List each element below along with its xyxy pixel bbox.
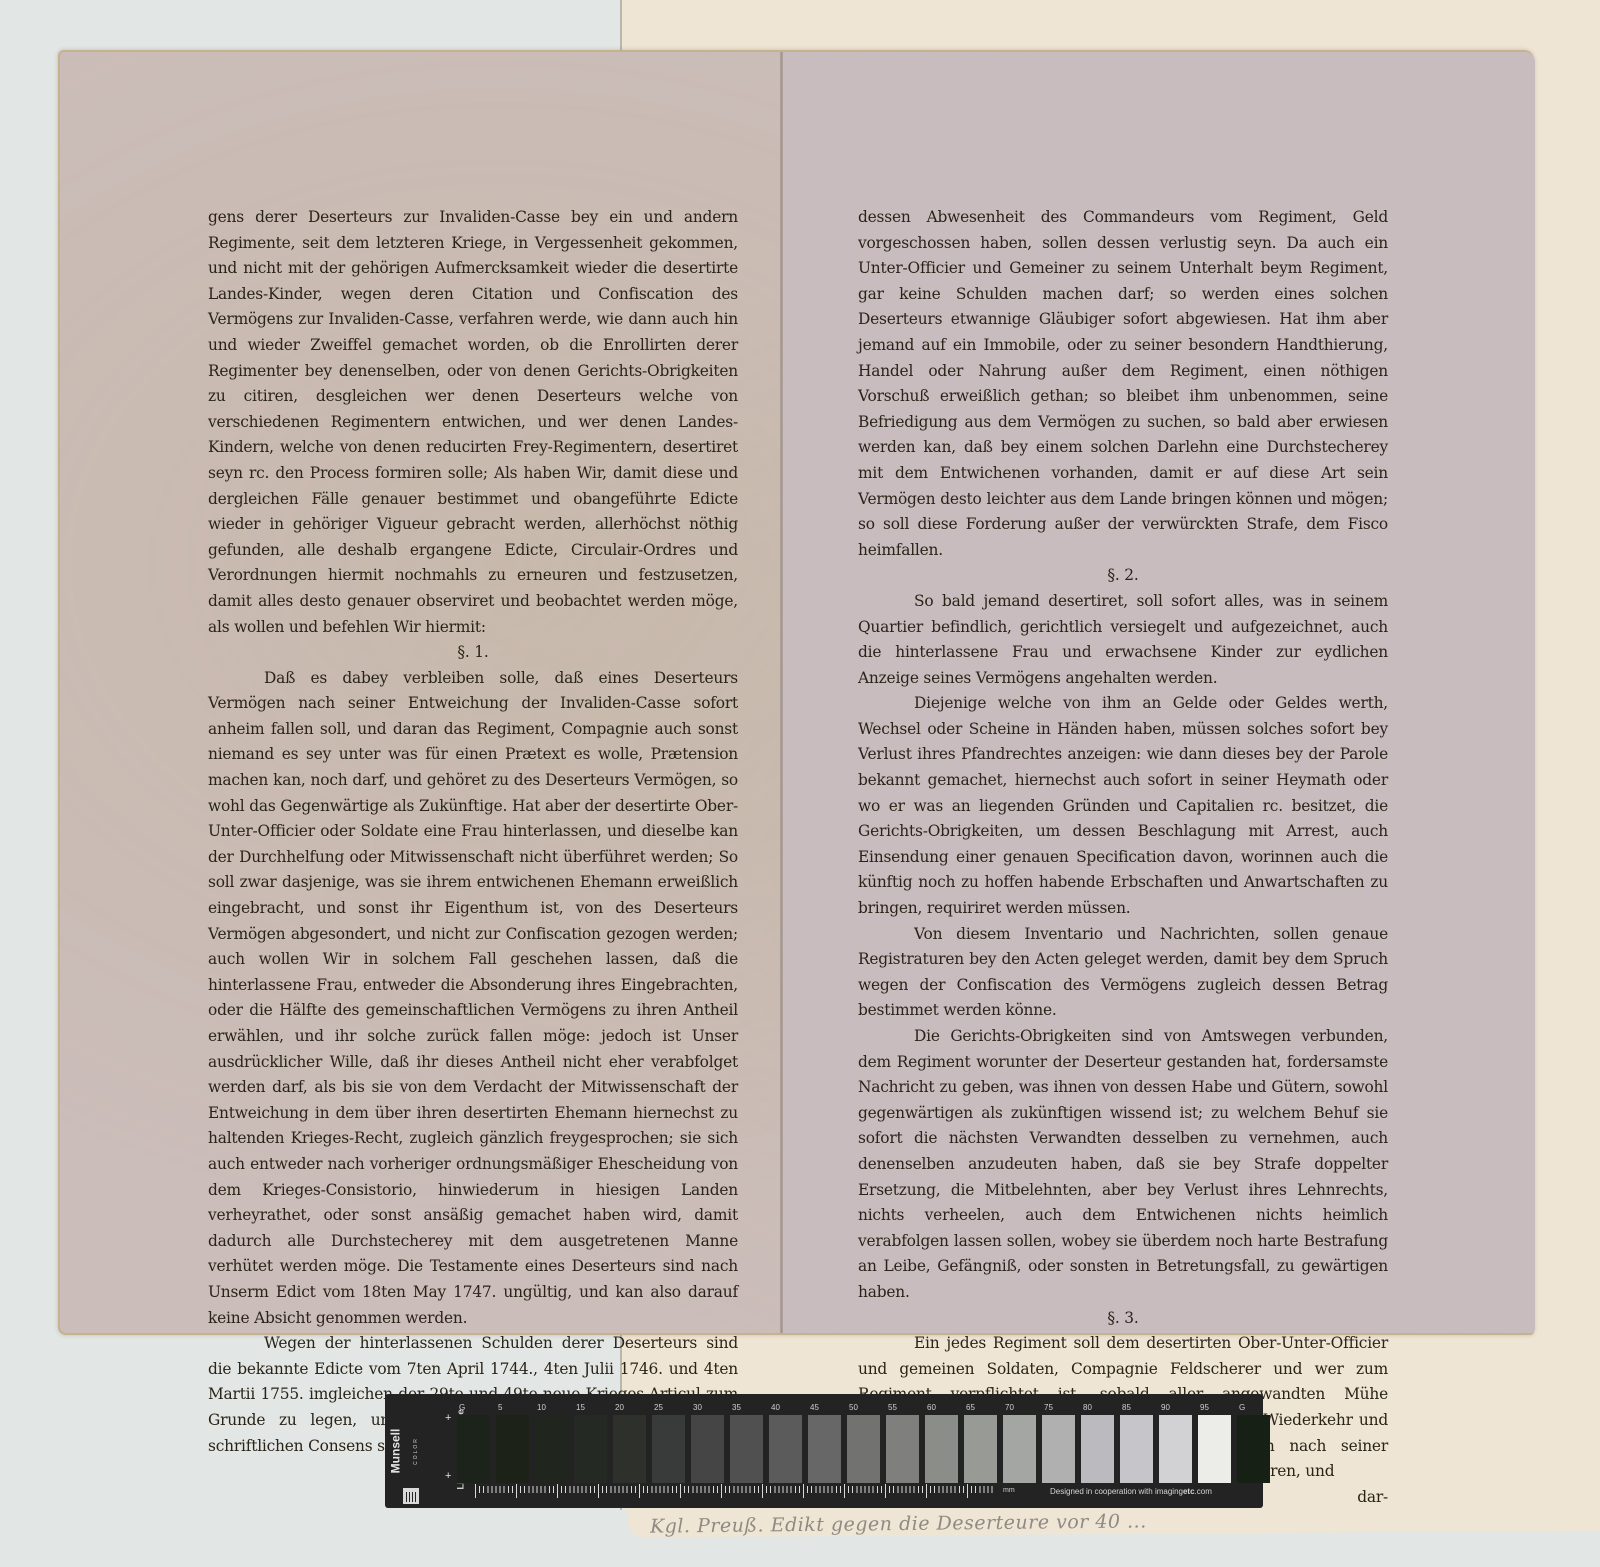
swatch-label: 70 bbox=[1003, 1400, 1014, 1415]
registration-plus-icon: + bbox=[445, 1470, 451, 1482]
gray-swatch: 55 bbox=[886, 1400, 919, 1483]
swatch-label: 15 bbox=[574, 1400, 585, 1415]
munsell-gray-scale-card: Munsell COLOR Linear Gray Scale + + G510… bbox=[385, 1394, 1263, 1508]
gray-swatch: 30 bbox=[691, 1400, 724, 1483]
swatch-chip bbox=[613, 1415, 646, 1483]
swatch-label: 35 bbox=[730, 1400, 741, 1415]
swatch-chip bbox=[1081, 1415, 1114, 1483]
brand-name: Munsell bbox=[388, 1429, 402, 1474]
gray-swatch: 60 bbox=[925, 1400, 958, 1483]
paragraph: Von diesem Inventario und Nachrichten, s… bbox=[858, 922, 1388, 1024]
gray-swatch: 50 bbox=[847, 1400, 880, 1483]
gray-swatch: 40 bbox=[769, 1400, 802, 1483]
swatch-chip bbox=[730, 1415, 763, 1483]
swatch-label: 75 bbox=[1042, 1400, 1053, 1415]
swatch-chip bbox=[925, 1415, 958, 1483]
credit-suffix: .com bbox=[1195, 1487, 1212, 1496]
gray-swatch: 35 bbox=[730, 1400, 763, 1483]
swatch-chip bbox=[652, 1415, 685, 1483]
gray-swatch: 70 bbox=[1003, 1400, 1036, 1483]
paragraph: Die Gerichts-Obrigkeiten sind von Amtswe… bbox=[858, 1024, 1388, 1306]
paragraph: Daß es dabey verbleiben solle, daß eines… bbox=[208, 666, 738, 1331]
credit-bold: etc bbox=[1183, 1487, 1195, 1496]
left-page-text: gens derer Deserteurs zur Invaliden-Cass… bbox=[208, 205, 738, 1485]
gray-swatch: 80 bbox=[1081, 1400, 1114, 1483]
swatch-chip bbox=[808, 1415, 841, 1483]
center-fold-gutter bbox=[780, 52, 783, 1333]
swatch-label: 20 bbox=[613, 1400, 624, 1415]
swatch-label: 95 bbox=[1198, 1400, 1209, 1415]
swatch-chip bbox=[1237, 1415, 1270, 1483]
paragraph: dessen Abwesenheit des Commandeurs vom R… bbox=[858, 205, 1388, 563]
swatch-label: 85 bbox=[1120, 1400, 1131, 1415]
ruler-unit: mm bbox=[1003, 1487, 1015, 1494]
swatch-chip bbox=[457, 1415, 490, 1483]
gray-swatch: 85 bbox=[1120, 1400, 1153, 1483]
swatch-label: 90 bbox=[1159, 1400, 1170, 1415]
swatch-label: 5 bbox=[496, 1400, 502, 1415]
swatch-chip bbox=[886, 1415, 919, 1483]
swatch-label: G bbox=[457, 1400, 465, 1415]
mm-ruler-major-ticks bbox=[475, 1484, 995, 1498]
swatch-label: 60 bbox=[925, 1400, 936, 1415]
swatch-chip bbox=[535, 1415, 568, 1483]
swatch-chip bbox=[574, 1415, 607, 1483]
gray-swatch: 5 bbox=[496, 1400, 529, 1483]
gray-swatch: 90 bbox=[1159, 1400, 1192, 1483]
swatch-chip bbox=[1003, 1415, 1036, 1483]
paragraph: Diejenige welche von ihm an Gelde oder G… bbox=[858, 691, 1388, 921]
swatch-chip bbox=[1042, 1415, 1075, 1483]
right-page-text: dessen Abwesenheit des Commandeurs vom R… bbox=[858, 205, 1388, 1510]
gray-swatch: 10 bbox=[535, 1400, 568, 1483]
scale-name-block: Linear Gray Scale bbox=[415, 1400, 435, 1502]
swatch-chip bbox=[964, 1415, 997, 1483]
catchword: dar- bbox=[1357, 1485, 1388, 1511]
gray-swatch: 95 bbox=[1198, 1400, 1231, 1483]
paragraph: So bald jemand desertiret, soll sofort a… bbox=[858, 589, 1388, 691]
gray-swatch: 65 bbox=[964, 1400, 997, 1483]
swatch-label: 45 bbox=[808, 1400, 819, 1415]
swatch-label: 10 bbox=[535, 1400, 546, 1415]
swatch-label: 50 bbox=[847, 1400, 858, 1415]
swatch-chip bbox=[691, 1415, 724, 1483]
swatch-chip bbox=[769, 1415, 802, 1483]
section-heading: §. 2. bbox=[858, 563, 1388, 589]
swatch-label: 80 bbox=[1081, 1400, 1092, 1415]
swatch-chip bbox=[496, 1415, 529, 1483]
gray-swatch: 15 bbox=[574, 1400, 607, 1483]
swatch-chip bbox=[1198, 1415, 1231, 1483]
swatch-chip bbox=[1120, 1415, 1153, 1483]
gray-swatch: 45 bbox=[808, 1400, 841, 1483]
section-heading: §. 1. bbox=[208, 640, 738, 666]
swatch-label: 65 bbox=[964, 1400, 975, 1415]
gray-swatch: 75 bbox=[1042, 1400, 1075, 1483]
gray-swatch: 20 bbox=[613, 1400, 646, 1483]
swatch-label: 40 bbox=[769, 1400, 780, 1415]
swatch-label: 30 bbox=[691, 1400, 702, 1415]
swatch-label: 55 bbox=[886, 1400, 897, 1415]
gray-swatch-row: G5101520253035404550556065707580859095G bbox=[457, 1400, 1270, 1483]
paragraph: gens derer Deserteurs zur Invaliden-Cass… bbox=[208, 205, 738, 640]
swatch-label: 25 bbox=[652, 1400, 663, 1415]
gray-swatch: G bbox=[457, 1400, 490, 1483]
swatch-chip bbox=[1159, 1415, 1192, 1483]
registration-plus-icon: + bbox=[445, 1412, 451, 1424]
gray-swatch: G bbox=[1237, 1400, 1270, 1483]
credit-prefix: Designed in cooperation with imaging bbox=[1050, 1487, 1183, 1496]
card-credit: Designed in cooperation with imagingetc.… bbox=[1050, 1487, 1212, 1496]
swatch-chip bbox=[847, 1415, 880, 1483]
section-heading: §. 3. bbox=[858, 1306, 1388, 1332]
gray-swatch: 25 bbox=[652, 1400, 685, 1483]
swatch-label: G bbox=[1237, 1400, 1245, 1415]
